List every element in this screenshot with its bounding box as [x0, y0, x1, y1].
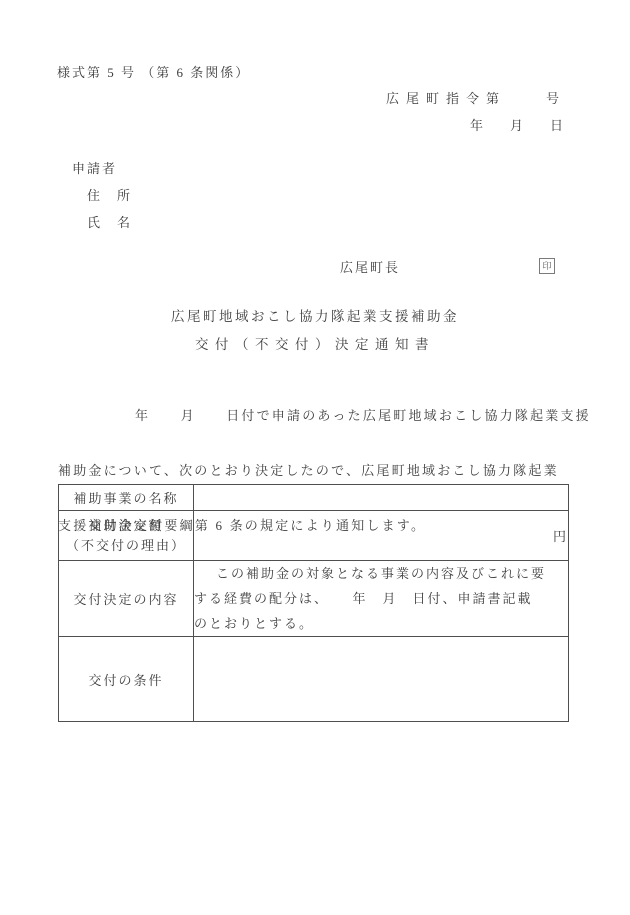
row-label: 交付の条件 — [59, 637, 194, 722]
directive-number-line: 広尾町指令第 号 — [386, 92, 566, 106]
table-row-project-name: 補助事業の名称 — [59, 485, 569, 511]
row-value-line: する経費の配分は、 年 月 日付、申請書記載 — [194, 586, 568, 611]
row-value-line: のとおりとする。 — [194, 611, 568, 636]
row-value: 円 — [194, 511, 569, 561]
applicant-label: 申請者 — [72, 162, 117, 176]
row-value-line: この補助金の対象となる事業の内容及びこれに要 — [194, 561, 568, 586]
document-subtitle: 交付（不交付）決定通知書 — [0, 338, 630, 352]
header-date-line: 年 月 日 — [470, 119, 570, 133]
decision-table: 補助事業の名称 交付決定額 （不交付の理由） 円 交付決定の内容 この補助金の対… — [58, 484, 569, 722]
row-label-line: 交付決定額 — [59, 516, 193, 536]
row-label: 交付決定の内容 — [59, 561, 194, 637]
table-row-grant-amount: 交付決定額 （不交付の理由） 円 — [59, 511, 569, 561]
row-value: この補助金の対象となる事業の内容及びこれに要 する経費の配分は、 年 月 日付、… — [194, 561, 569, 637]
row-label: 交付決定額 （不交付の理由） — [59, 511, 194, 561]
row-label-line: （不交付の理由） — [59, 536, 193, 556]
body-line: 補助金について、次のとおり決定したので、広尾町地域おこし協力隊起業 — [58, 457, 574, 484]
name-label: 氏 名 — [87, 216, 132, 230]
document-page: 様式第 5 号 （第 6 条関係） 広尾町指令第 号 年 月 日 申請者 住 所… — [0, 0, 630, 915]
row-label: 補助事業の名称 — [59, 485, 194, 511]
address-label: 住 所 — [87, 189, 132, 203]
table-row-decision-content: 交付決定の内容 この補助金の対象となる事業の内容及びこれに要 する経費の配分は、… — [59, 561, 569, 637]
row-value — [194, 637, 569, 722]
form-number: 様式第 5 号 （第 6 条関係） — [57, 66, 250, 80]
body-line: 年 月 日付で申請のあった広尾町地域おこし協力隊起業支援 — [58, 402, 574, 429]
document-title: 広尾町地域おこし協力隊起業支援補助金 — [0, 310, 630, 324]
seal-icon: 印 — [539, 258, 555, 274]
mayor-title: 広尾町長 — [340, 261, 400, 275]
row-value — [194, 485, 569, 511]
table-row-grant-conditions: 交付の条件 — [59, 637, 569, 722]
